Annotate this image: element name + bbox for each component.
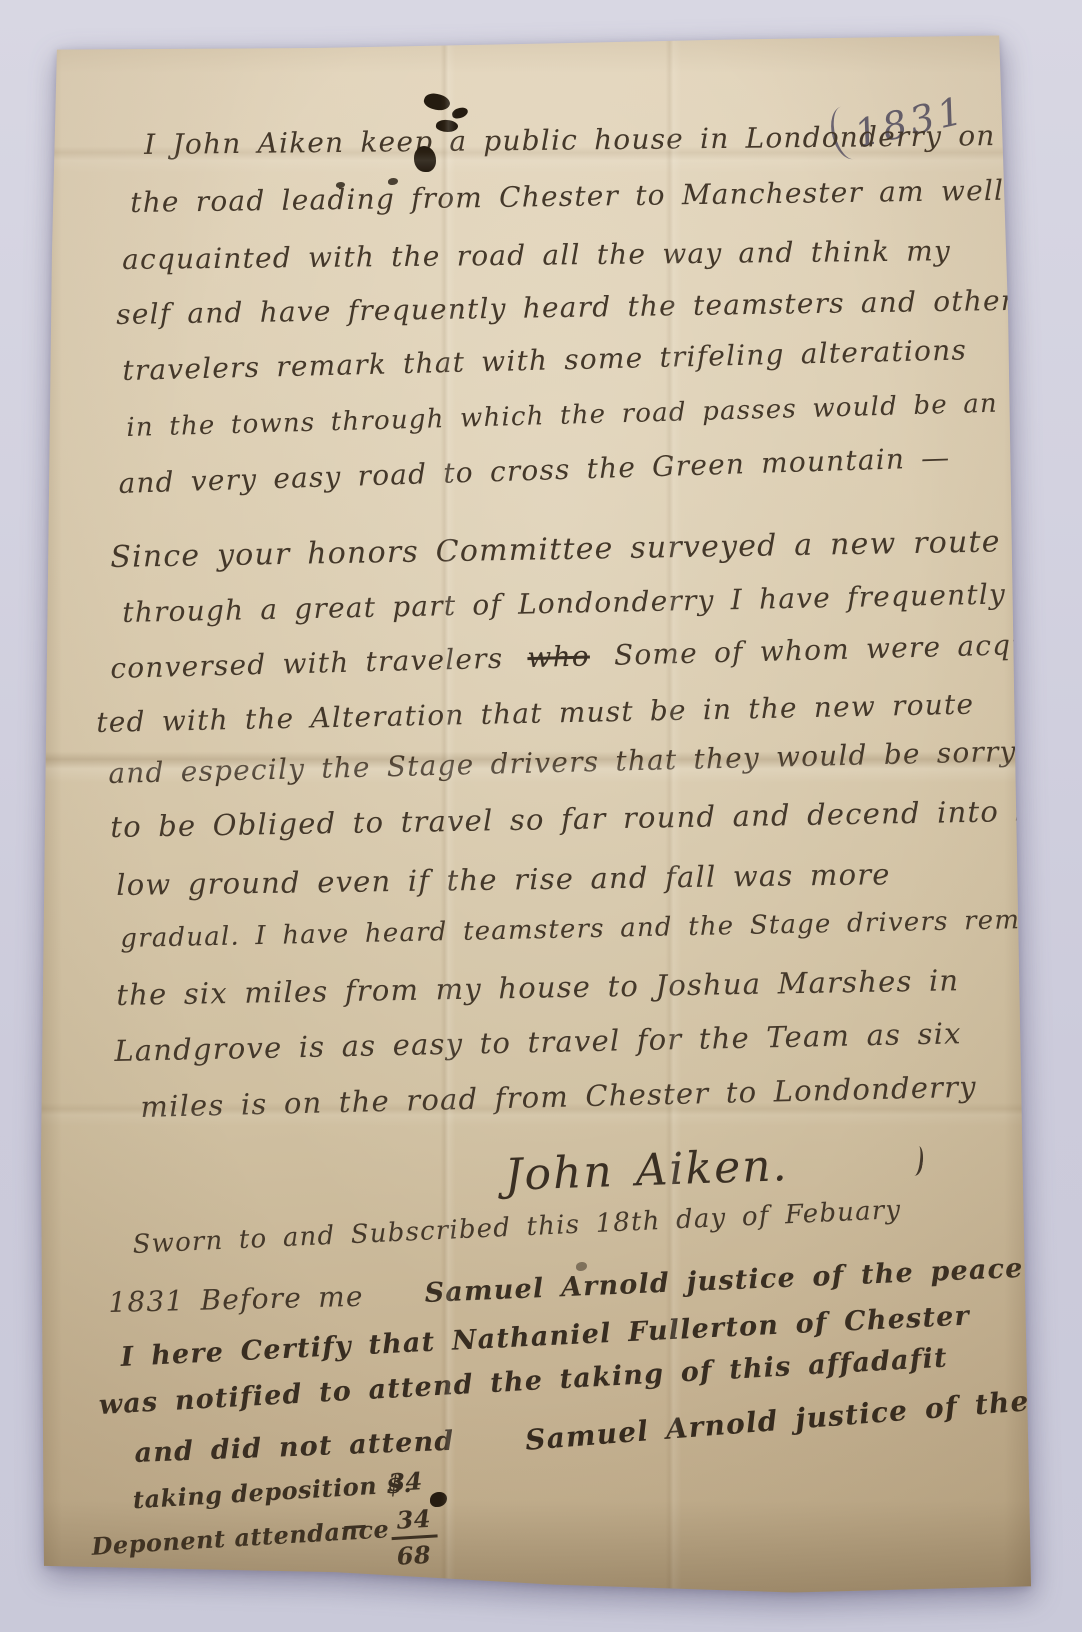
letter-line: to be Obliged to travel so far round and…	[110, 794, 1050, 844]
struck-out-word: who	[527, 639, 590, 674]
certification-line: and did not attend	[134, 1426, 455, 1469]
letter-line: in the towns through which the road pass…	[126, 385, 1082, 443]
letter-line: miles is on the road from Chester to Lon…	[140, 1070, 977, 1124]
fee-row-value: 34	[390, 1503, 438, 1540]
letter-line: Landgrove is as easy to travel for the T…	[114, 1016, 962, 1068]
letter-line-with-strikeout: conversed with travelers who Some of who…	[110, 626, 1082, 685]
letter-line: acquainted with the road all the way and…	[122, 234, 951, 276]
letter-line: the six miles from my house to Joshua Ma…	[116, 963, 960, 1012]
letter-line: and especily the Stage drivers that they…	[108, 735, 1017, 790]
letter-line: the road leading from Chester to Manches…	[130, 174, 1004, 219]
fee-row-value: 34	[387, 1466, 423, 1497]
letter-line: low ground even if the rise and fall was…	[116, 857, 891, 902]
letter-line-segment: conversed with travelers	[110, 642, 504, 685]
letter-line: I John Aiken keep a public house in Lond…	[144, 119, 996, 161]
letter-line: gradual. I have heard teamsters and the …	[120, 904, 1068, 954]
ink-blot	[414, 146, 436, 172]
letter-paper: 1831 I John Aiken keep a public house in…	[36, 34, 1032, 1594]
fee-tally-note: taking deposition $. 34 Deponent attenda…	[88, 1460, 535, 1616]
letter-line: Since your honors Committee surveyed a n…	[110, 524, 1001, 575]
attestation-line: Sworn to and Subscribed this 18th day of…	[132, 1195, 902, 1260]
letter-line: ted with the Alteration that must be in …	[96, 688, 975, 739]
ink-blot	[576, 1262, 587, 1271]
attestation-line: 1831 Before me	[108, 1280, 364, 1319]
signature-john-aiken: John Aiken.	[504, 1140, 789, 1201]
paper-shadow-wrap: 1831 I John Aiken keep a public house in…	[0, 0, 1082, 1632]
photo-stage: 1831 I John Aiken keep a public house in…	[0, 0, 1082, 1632]
stray-pen-mark	[908, 1145, 926, 1177]
letter-line: through a great part of Londonderry I ha…	[122, 577, 1006, 629]
justice-signature: Samuel Arnold justice of the peace	[424, 1253, 1024, 1309]
ink-blot	[451, 106, 469, 119]
fee-dash: —	[342, 1510, 368, 1540]
letter-line: travelers remark that with some trifelin…	[122, 333, 967, 387]
letter-line: self and have frequently heard the teams…	[116, 284, 1016, 331]
letter-line-segment: Some of whom were acquain	[614, 627, 1079, 672]
letter-line: and very easy road to cross the Green mo…	[118, 441, 951, 500]
ink-blot	[422, 90, 452, 113]
fee-total: 68	[396, 1540, 432, 1571]
fee-row-label: taking deposition $.	[132, 1469, 413, 1515]
